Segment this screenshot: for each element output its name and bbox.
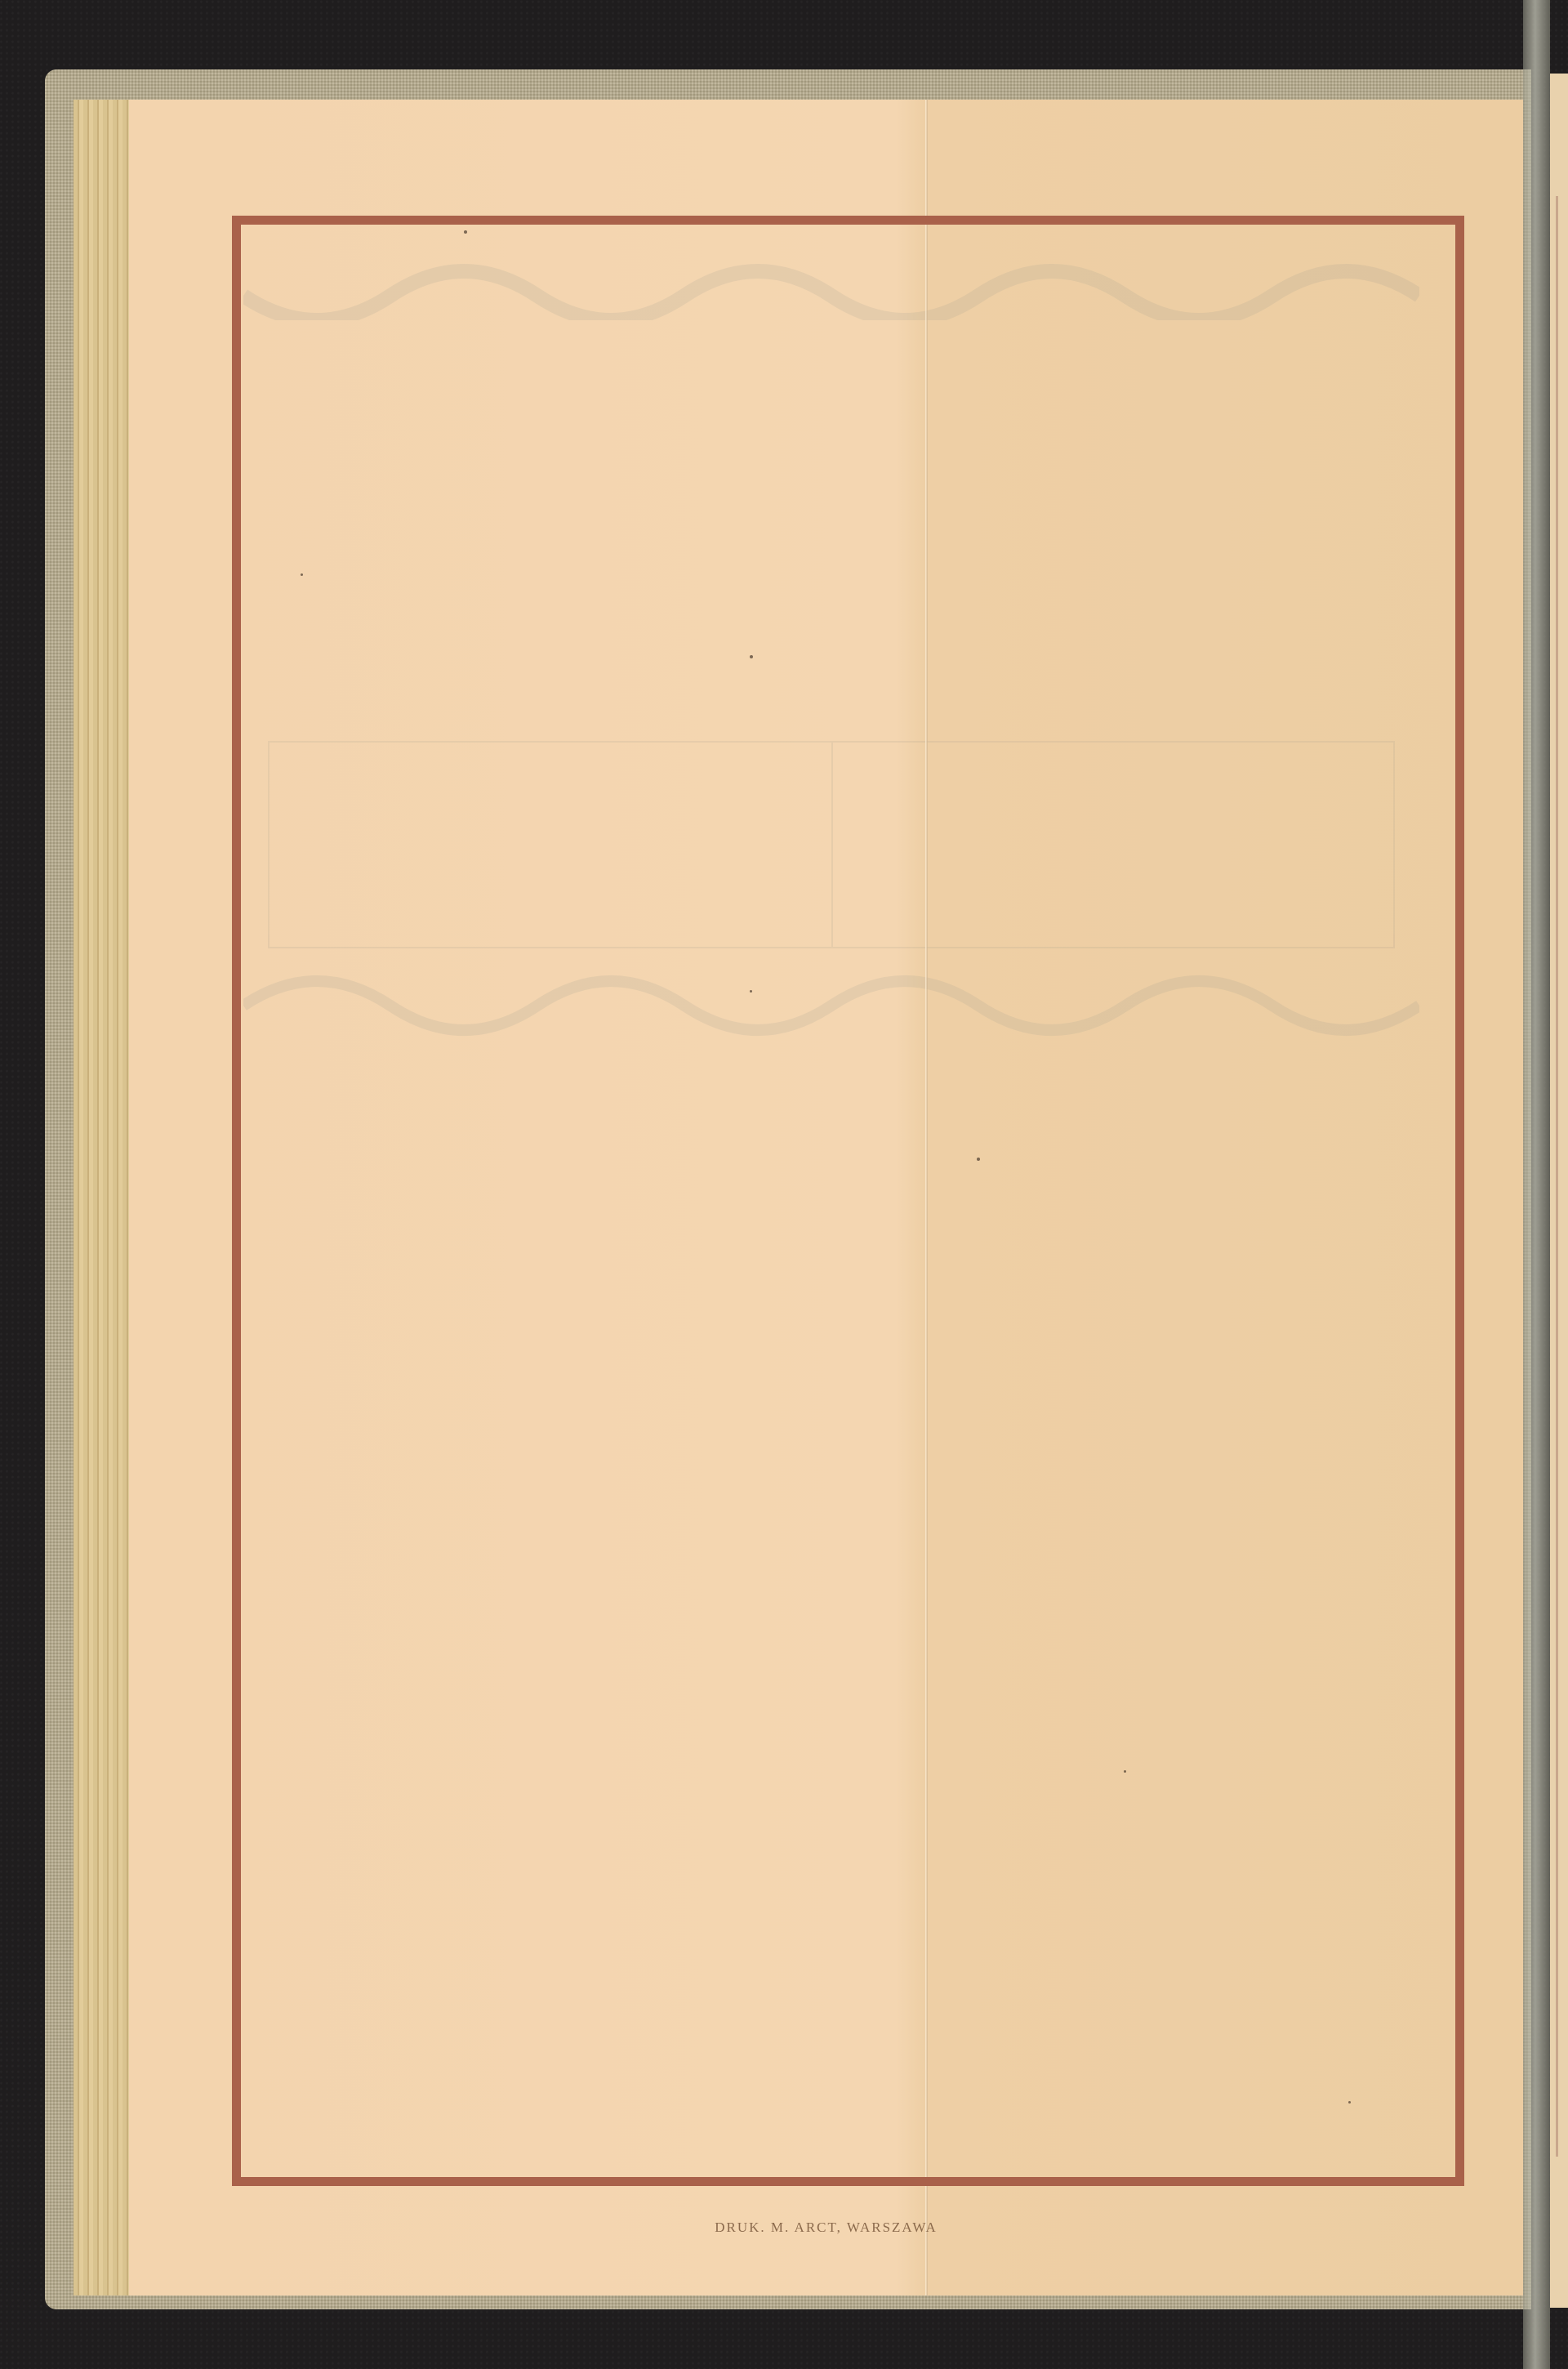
book-page: DRUK. M. ARCT, WARSZAWA [129, 100, 1523, 2295]
adjacent-page-edge [1550, 74, 1568, 2308]
decorative-border-frame [232, 216, 1464, 2186]
page-edges [73, 100, 130, 2295]
glass-holder-strip [1523, 0, 1550, 2369]
printer-imprint: DRUK. M. ARCT, WARSZAWA [129, 2220, 1523, 2236]
adjacent-page-frame-line [1556, 196, 1558, 2157]
